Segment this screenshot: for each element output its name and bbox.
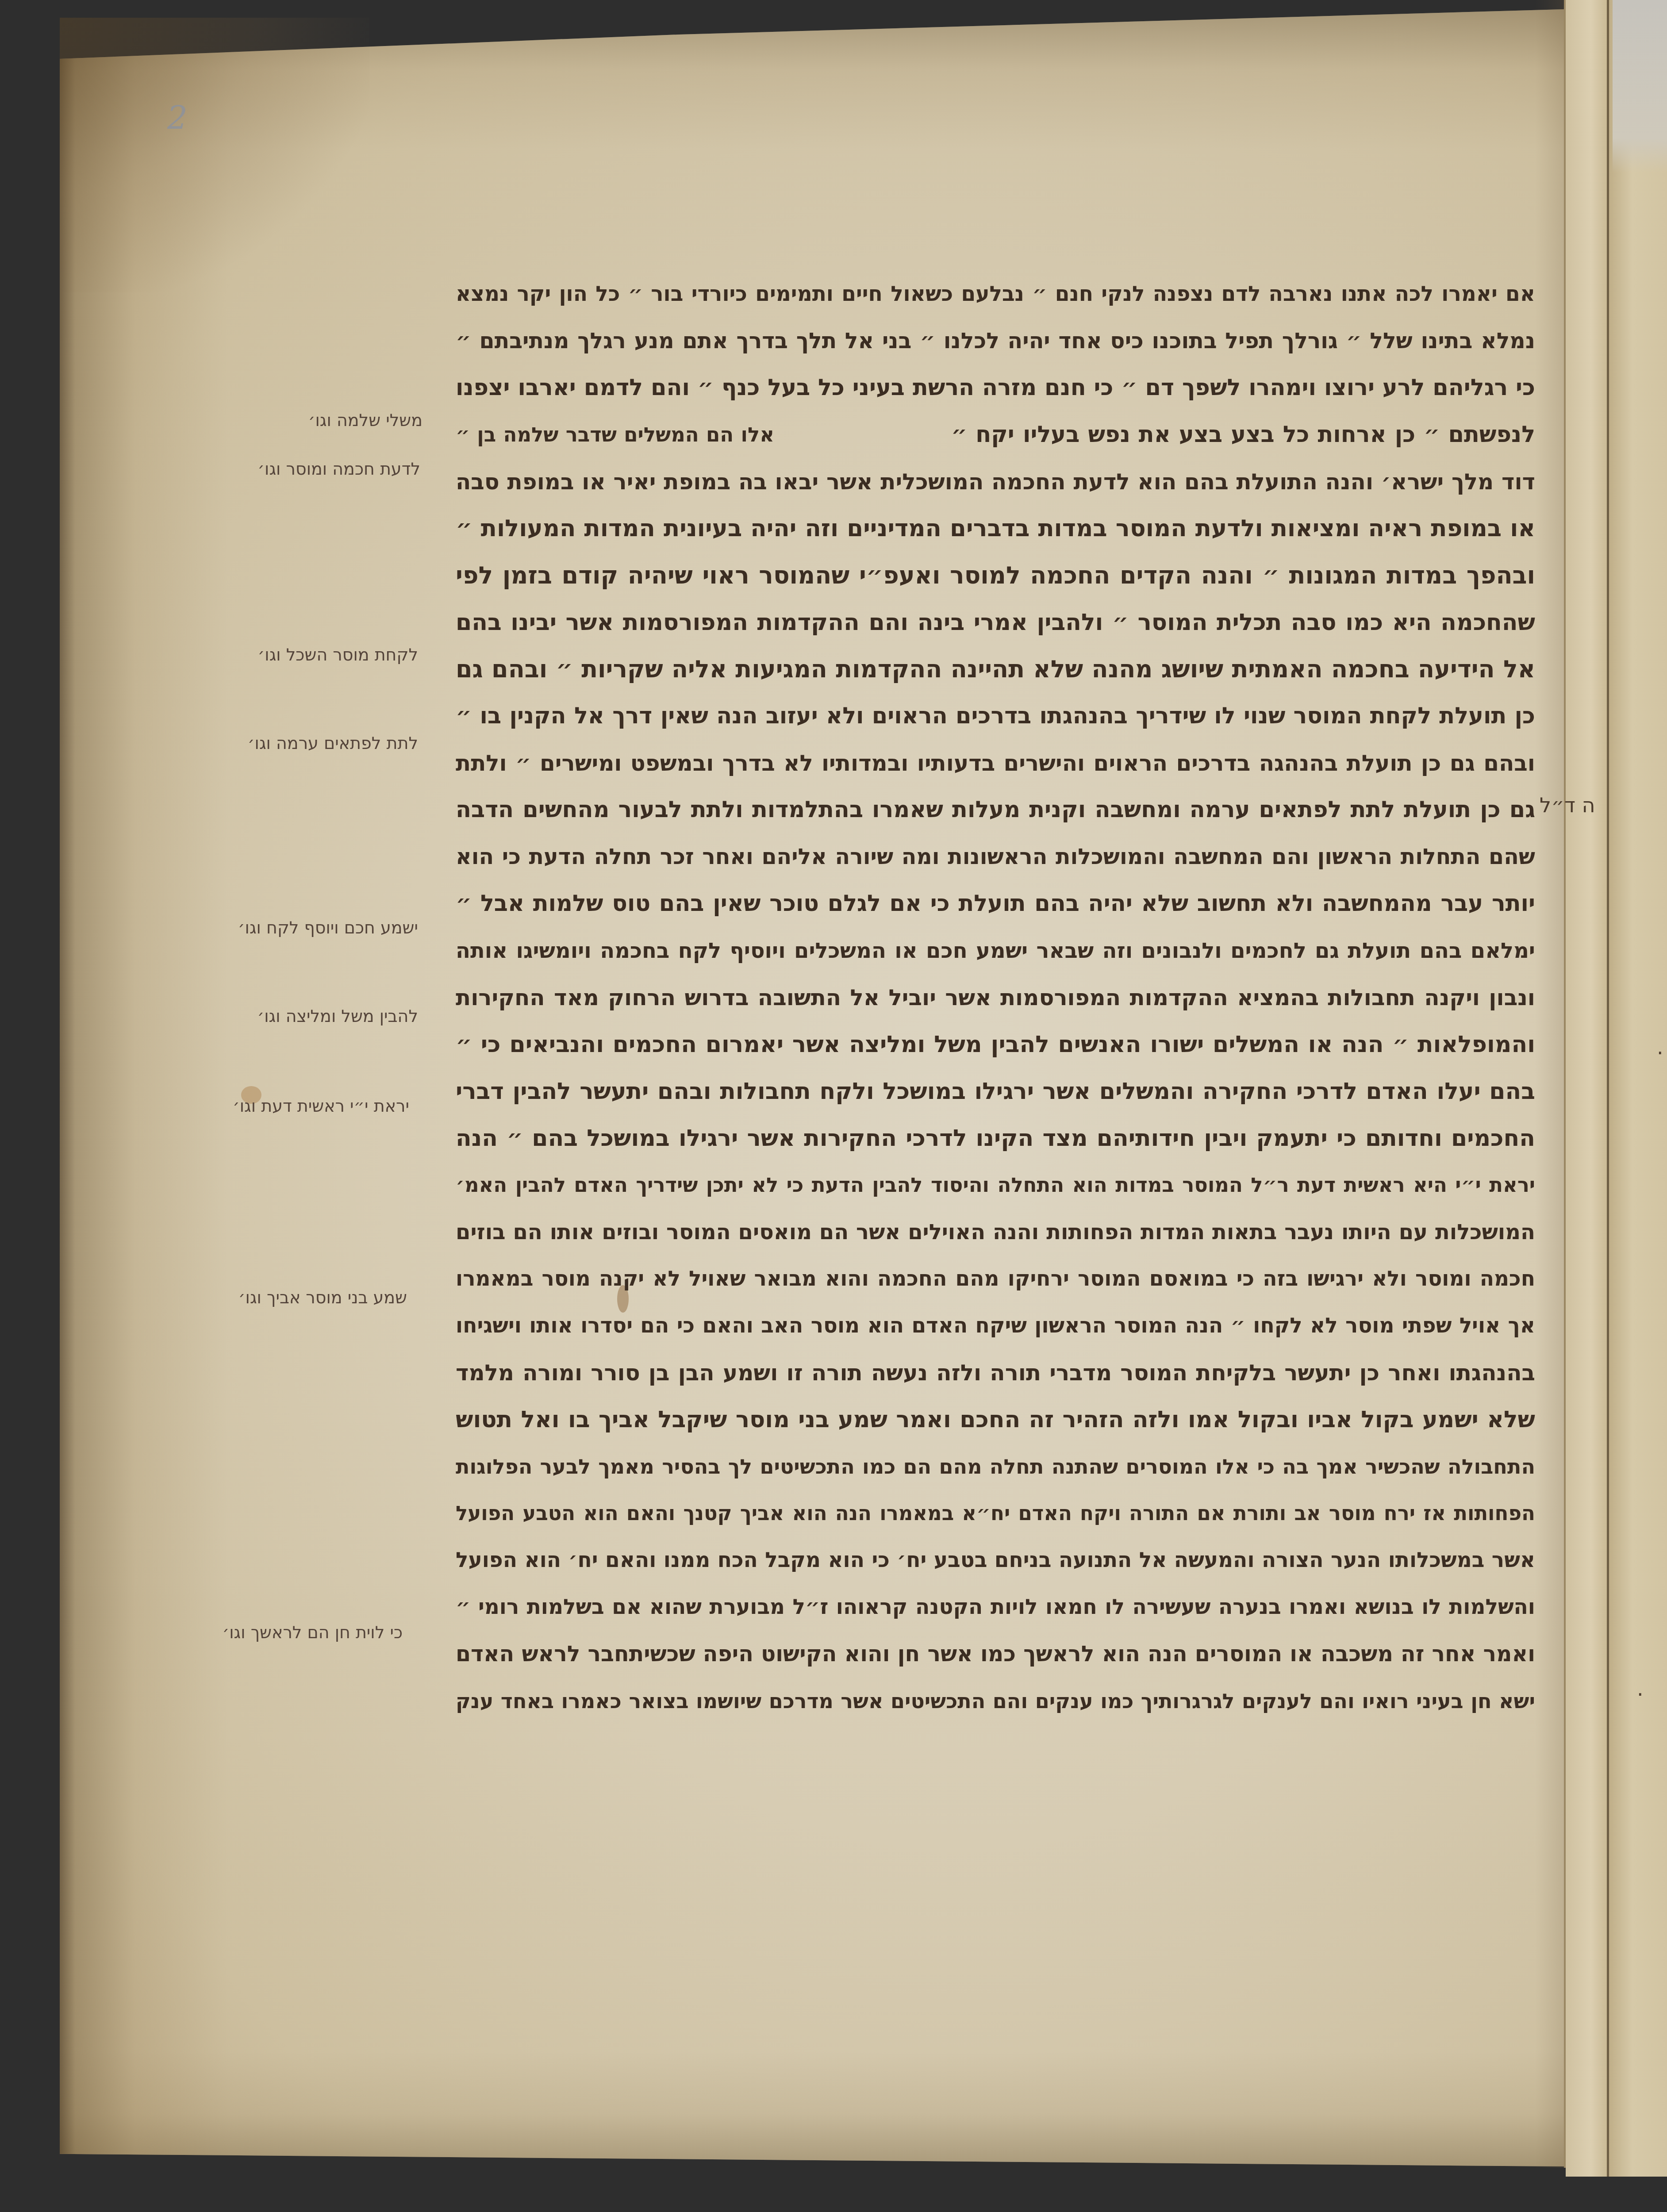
text-line: ונבון ויקנה תחבולות בהמציא ההקדמות המפור… — [456, 974, 1535, 1021]
text-line: כן תועלת לקחת המוסר שנוי לו שידריך בהנהג… — [456, 693, 1535, 740]
text-line: ימלאם בהם תועלת גם לחכמים ולנבונים וזה ש… — [456, 927, 1535, 974]
text-line: והמופלאות ״ הנה או המשלים ישורו האנשים ל… — [456, 1021, 1535, 1068]
text-line-split: לנפשתם ״ כן ארחות כל בצע בצע את נפש בעלי… — [456, 411, 1535, 458]
text-line: ישא חן בעיני רואיו והם לענקים לגרגרותיך … — [456, 1678, 1535, 1724]
commentary-heading: אלו הם המשלים שדבר שלמה בן ״ — [456, 411, 774, 458]
text-line: אל הידיעה בחכמה האמתית שיושג מהנה שלא תה… — [456, 646, 1535, 693]
text-line: ובהם גם כן תועלת בהנהגה בדרכים הראוים וה… — [456, 740, 1535, 787]
text-line: שהם התחלות הראשון והם המחשבה והמושכלות ה… — [456, 833, 1535, 880]
text-line: הפחותות אז ירח מוסר אב ותורת אם התורה וי… — [456, 1490, 1535, 1537]
marginal-note: לדעת חכמה ומוסר וגו׳ — [217, 456, 420, 482]
text-line: יותר עבר מהמחשבה ולא תחשוב שלא יהיה בהם … — [456, 880, 1535, 927]
marginal-note: משלי שלמה וגו׳ — [219, 407, 423, 434]
text-line: החכמים וחדותם כי יתעמק ויבין חידותיהם מצ… — [456, 1115, 1535, 1162]
marginal-note: שמע בני מוסר אביך וגו׳ — [204, 1284, 407, 1311]
marginal-note: לקחת מוסר השכל וגו׳ — [215, 641, 418, 668]
text-line: התחבולה שהכשיר אמך בה כי אלו המוסרים שהת… — [456, 1443, 1535, 1490]
text-line: שלא ישמע בקול אביו ובקול אמו ולזה הזהיר … — [456, 1396, 1535, 1443]
paper-slip — [1613, 0, 1667, 173]
text-line: נמלא בתינו שלל ״ גורלך תפיל בתוכנו כיס א… — [456, 318, 1535, 365]
text-line: או במופת ראיה ומציאות ולדעת המוסר במדות … — [456, 505, 1535, 552]
text-line: בהנהגתו ואחר כן יתעשר בלקיחת המוסר מדברי… — [456, 1349, 1535, 1396]
text-line: ובהפך במדות המגונות ״ והנה הקדים החכמה ל… — [456, 552, 1535, 599]
text-line: המושכלות עם היותו נעבר בתאות המדות הפחות… — [456, 1209, 1535, 1256]
text-line: גם כן תועלת לתת לפתאים ערמה ומחשבה וקנית… — [456, 787, 1535, 833]
text-line: והשלמות לו בנושא ואמרו בנערה שעשירה לו ח… — [456, 1584, 1535, 1631]
folio-number: 2 — [167, 100, 188, 137]
right-margin-mark: ה ד״ל — [1540, 792, 1595, 818]
text-line: חכמה ומוסר ולא ירגישו בזה כי במואסם המוס… — [456, 1256, 1535, 1302]
right-margin-dot: · — [1637, 1681, 1644, 1708]
text-line: אשר במשכלותו הנער הצורה והמעשה אל התנועה… — [456, 1537, 1535, 1584]
text-line: בהם יעלו האדם לדרכי החקירה והמשלים אשר י… — [456, 1068, 1535, 1115]
right-margin-dot: · — [1657, 1040, 1663, 1066]
marginal-note: כי לוית חן הם לראשך וגו׳ — [199, 1619, 403, 1646]
marginal-note: יראת י״י ראשית דעת וגו׳ — [206, 1093, 409, 1119]
text-line: כי רגליהם לרע ירוצו וימהרו לשפך דם ״ כי … — [456, 365, 1535, 411]
text-line: יראת י״י היא ראשית דעת ר״ל המוסר במדות ה… — [456, 1162, 1535, 1209]
facing-page-sliver — [1609, 0, 1667, 2177]
text-line: אך אויל שפתי מוסר לא לקחו ״ הנה המוסר הר… — [456, 1302, 1535, 1349]
binding-gutter — [1566, 0, 1608, 2177]
text-line: ואמר אחר זה משכבה או המוסרים הנה הוא לרא… — [456, 1631, 1535, 1678]
text-line: דוד מלך ישרא׳ והנה התועלת בהם הוא לדעת ה… — [456, 458, 1535, 505]
marginal-note: להבין משל ומליצה וגו׳ — [215, 1003, 418, 1029]
marginal-note: לתת לפתאים ערמה וגו׳ — [215, 730, 418, 757]
main-text-block: אם יאמרו לכה אתנו נארבה לדם נצפנה לנקי ח… — [456, 271, 1535, 1724]
text-line: אם יאמרו לכה אתנו נארבה לדם נצפנה לנקי ח… — [456, 271, 1535, 318]
text-line: שהחכמה היא כמו סבה תכלית המוסר ״ ולהבין … — [456, 599, 1535, 646]
corner-stain — [60, 18, 369, 292]
marginal-note: ישמע חכם ויוסף לקח וגו׳ — [215, 914, 418, 941]
verse-segment: לנפשתם ״ כן ארחות כל בצע בצע את נפש בעלי… — [951, 411, 1535, 458]
